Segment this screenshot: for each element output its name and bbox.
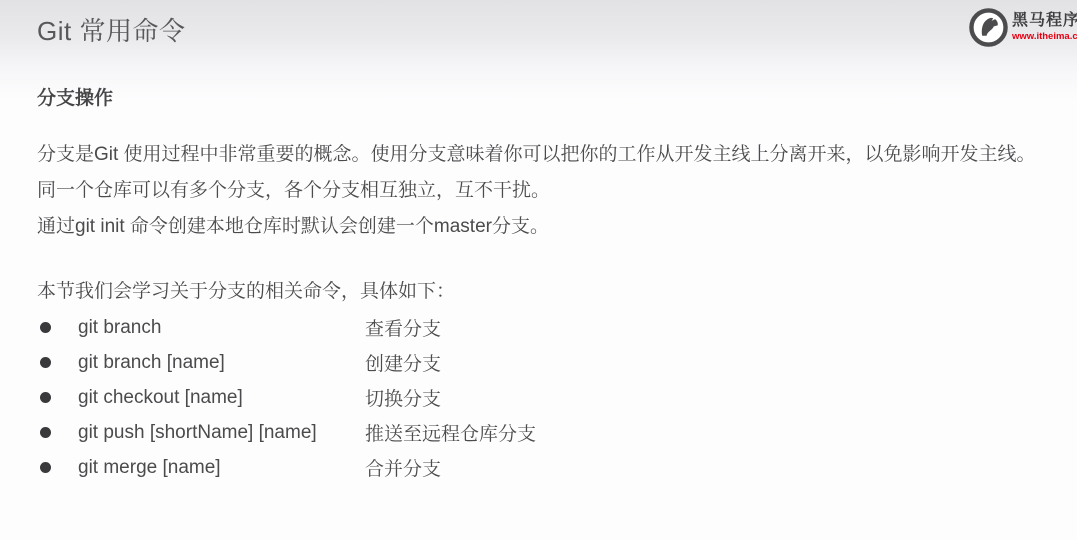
brand-logo: 黑马程序员 www.itheima.com [969, 8, 1077, 47]
section-title: 分支操作 [37, 83, 113, 110]
command-description: 合并分支 [365, 454, 441, 481]
page-title: Git 常用命令 [37, 11, 185, 48]
command-list-item: git branch [name] 创建分支 [37, 345, 536, 380]
command-description: 推送至远程仓库分支 [365, 419, 536, 446]
command-text: git push [shortName] [name] [78, 422, 365, 444]
branch-intro-paragraph: 分支是Git 使用过程中非常重要的概念。使用分支意味着你可以把你的工作从开发主线… [37, 137, 1036, 245]
slide: Git 常用命令 黑马程序员 www.itheima.com 分支操作 分支是G… [0, 0, 1077, 540]
brand-text-block: 黑马程序员 www.itheima.com [1012, 13, 1077, 42]
paragraph-line: 分支是Git 使用过程中非常重要的概念。使用分支意味着你可以把你的工作从开发主线… [37, 137, 1036, 173]
command-list-item: git checkout [name] 切换分支 [37, 380, 536, 415]
command-list-item: git merge [name] 合并分支 [37, 450, 536, 485]
command-text: git branch [name] [78, 352, 365, 374]
command-description: 查看分支 [365, 314, 441, 341]
command-text: git branch [78, 317, 365, 339]
paragraph-line: 同一个仓库可以有多个分支，各个分支相互独立，互不干扰。 [37, 173, 1036, 209]
bullet-icon [40, 392, 51, 403]
command-list-item: git push [shortName] [name] 推送至远程仓库分支 [37, 415, 536, 450]
list-intro: 本节我们会学习关于分支的相关命令，具体如下： [37, 274, 455, 310]
horse-in-circle-icon [969, 8, 1008, 47]
bullet-icon [40, 357, 51, 368]
command-text: git checkout [name] [78, 387, 365, 409]
command-list: git branch 查看分支 git branch [name] 创建分支 g… [37, 310, 536, 485]
command-description: 创建分支 [365, 349, 441, 376]
brand-name: 黑马程序员 [1012, 13, 1077, 30]
bullet-icon [40, 427, 51, 438]
brand-url: www.itheima.com [1012, 32, 1077, 42]
command-list-item: git branch 查看分支 [37, 310, 536, 345]
bullet-icon [40, 462, 51, 473]
command-text: git merge [name] [78, 457, 365, 479]
paragraph-line: 通过git init 命令创建本地仓库时默认会创建一个master分支。 [37, 209, 1036, 245]
command-description: 切换分支 [365, 384, 441, 411]
bullet-icon [40, 322, 51, 333]
